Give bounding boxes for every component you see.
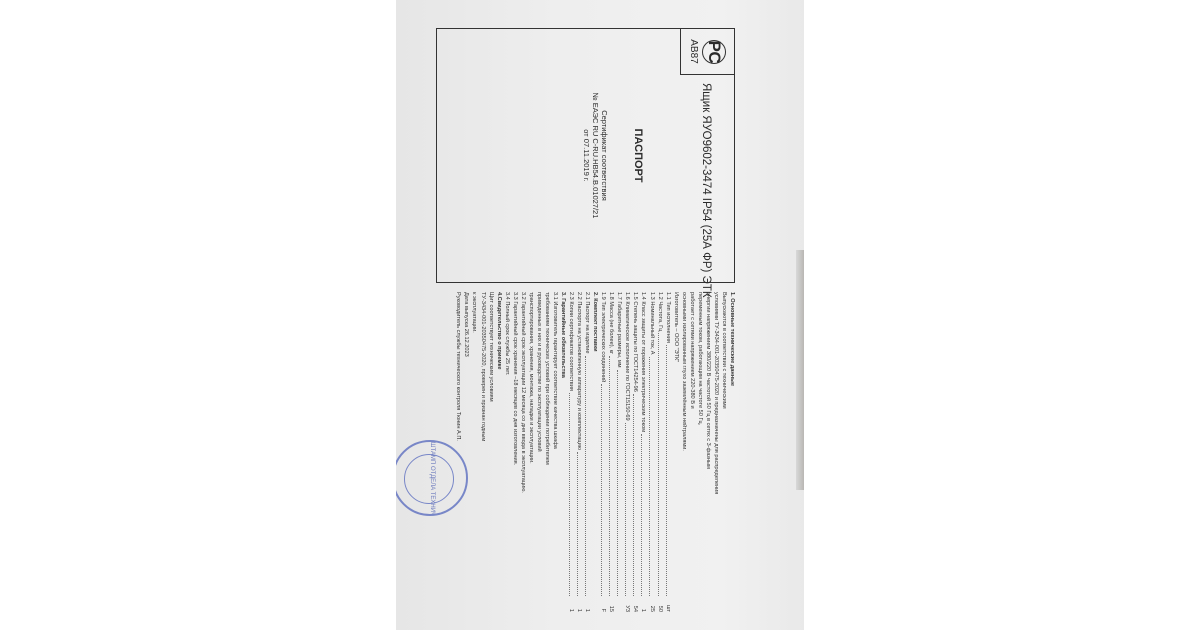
warranty-line: 3.3 Гарантийный срок хранения –18 месяце… <box>511 292 519 612</box>
spec-row: 1.7 Габаритные размеры, мм <box>615 292 623 612</box>
delivery-row: 2.1 Паспорт на изделие1 <box>583 292 591 612</box>
delivery-row: 2.3 Копии сертификатов соответствия1 <box>567 292 575 612</box>
spec-row: 1.3 Номинальный ток, А25 <box>647 292 655 612</box>
spec-row: 1.6 Климатическое исполнение по ГОСТ1515… <box>623 292 631 612</box>
delivery-row: 2.2 Паспорта на установленную аппаратуру… <box>575 292 583 612</box>
spec-row: 1.1 Тип исполненияшт <box>664 292 672 612</box>
technical-data-column: 1. Основные технические данные Выпускают… <box>454 292 736 612</box>
certificate-number: № ЕАЭС RU C-RU.НВ54.В.01027/21 <box>591 29 600 282</box>
product-title: Ящик ЯУО9602-3474 IP54 (25А ФР) ЭТК <box>700 83 712 283</box>
certificate-date: от 07.11.2019 г. <box>582 29 591 282</box>
section-heading: 4.Свидетельство о приемке <box>495 292 503 612</box>
paragraph-line: энергии напряжением 380/220 В частотой 5… <box>704 292 712 612</box>
manufacturer-line: Изготовитель – ООО "ЭТК" <box>672 292 680 612</box>
spec-row: 1.5 Степень защиты по ГОСТ14254-9654 <box>631 292 639 612</box>
release-date: Дата выпуска 26.12.2023 <box>462 292 470 612</box>
warranty-line: 3.4 Полный срок службы 25 лет. <box>503 292 511 612</box>
paragraph-line: основными изолированным глухо заземлённы… <box>680 292 688 612</box>
warranty-line: требованиям технических условий при собл… <box>543 292 551 612</box>
logo-code: АВ87 <box>689 39 700 63</box>
passport-title: ПАСПОРТ <box>632 29 644 282</box>
paragraph-line: переменным током, работающим на частоте … <box>696 292 704 612</box>
warranty-line: 3.1 Изготовитель гарантирует соответстви… <box>551 292 559 612</box>
spec-row: 1.2 Частота, Гц50 <box>656 292 664 612</box>
cover-frame: РС АВ87 Ящик ЯУО9602-3474 IP54 (25А ФР) … <box>436 28 735 283</box>
warranty-line: транспортирования, хранения, монтажа, на… <box>527 292 535 612</box>
rst-mark-icon: РС <box>703 40 727 64</box>
paragraph-line: работает с сетями напряжением 220-380 В … <box>688 292 696 612</box>
acceptance-line: Щит соответствует техническим условиям <box>487 292 495 612</box>
certificate-line: Сертификат соответствия <box>600 29 609 282</box>
spec-row: 1.9 Тип электрических соединенийF <box>599 292 607 612</box>
spec-row: 1.8 Масса (не более), кг15 <box>607 292 615 612</box>
acceptance-line: к эксплуатации. <box>470 292 478 612</box>
section-heading: 3. Гарантийные обязательства <box>559 292 567 612</box>
passport-page: РС АВ87 Ящик ЯУО9602-3474 IP54 (25А ФР) … <box>396 0 804 630</box>
paragraph-line: Выпускаются в соответствии с техническим… <box>720 292 728 612</box>
certificate-block: Сертификат соответствия № ЕАЭС RU C-RU.Н… <box>582 29 609 282</box>
section-heading: 1. Основные технические данные <box>728 292 736 612</box>
warranty-line: 3.2 Гарантийный срок эксплуатации 12 мес… <box>519 292 527 612</box>
certification-logo: РС АВ87 <box>680 29 734 75</box>
paragraph-line: условиями ТУ-3434-001-20350475-2020 и пр… <box>712 292 720 612</box>
acceptance-line: ТУ-3434-001-20350475-2020, проверен и пр… <box>479 292 487 612</box>
section-heading: 2. Комплект поставки <box>591 292 599 612</box>
spec-row: 1.4 Класс защиты от поражения электричес… <box>639 292 647 612</box>
document-photo: РС АВ87 Ящик ЯУО9602-3474 IP54 (25А ФР) … <box>396 0 804 630</box>
stamp-text: ШТАМП ОТДЕЛА ТЕХНИЧЕСКОГО КОНТРОЛЯ <box>428 442 436 514</box>
warranty-line: приведенных в них и в руководстве по экс… <box>535 292 543 612</box>
